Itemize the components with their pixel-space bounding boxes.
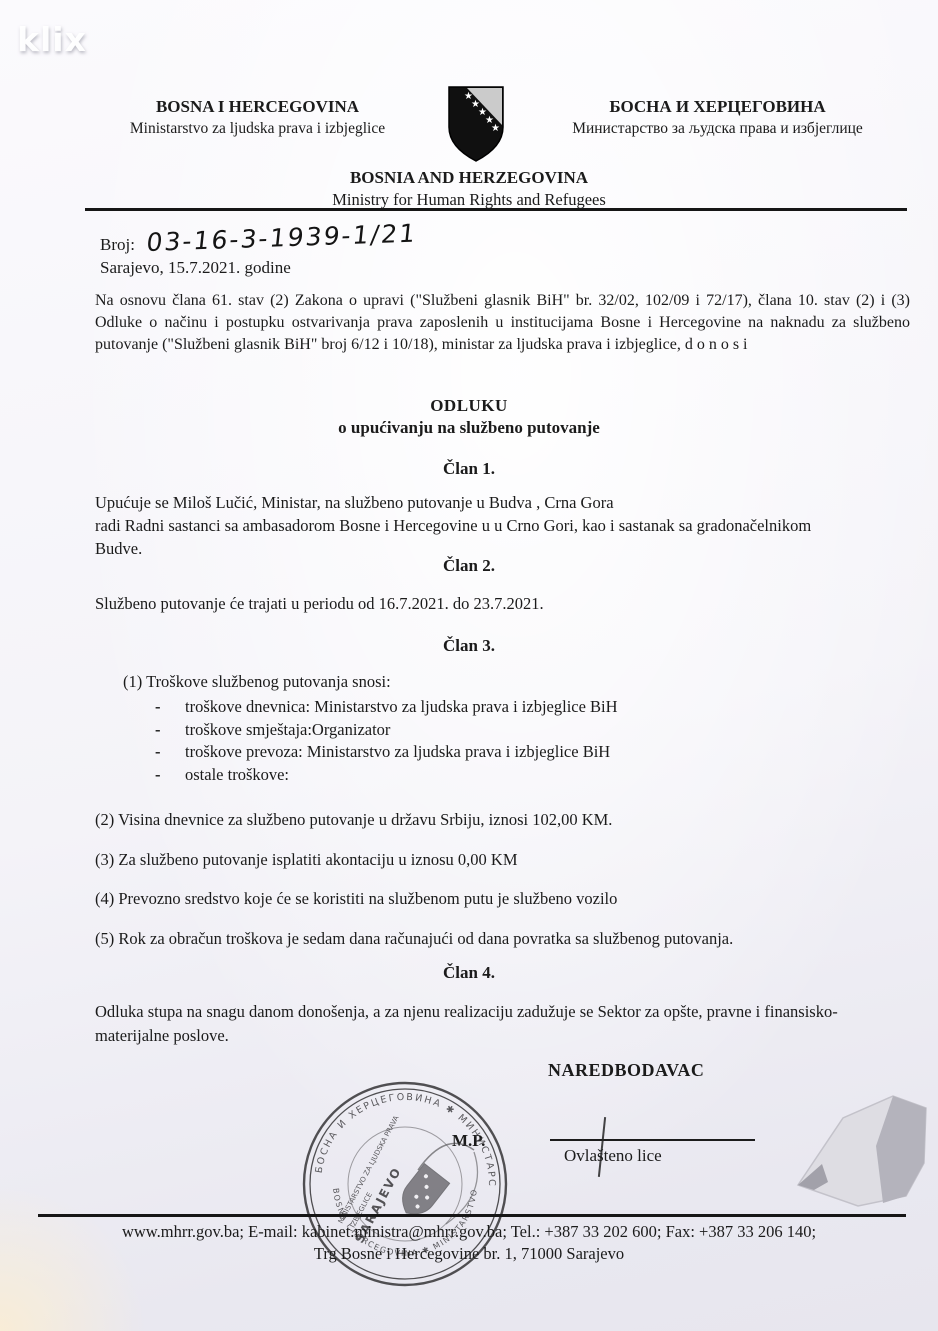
legal-preamble: Na osnovu člana 61. stav (2) Zakona o up… [95,290,910,356]
official-round-stamp: БОСНА И ХЕРЦЕГОВИНА ✱ МИНИСТАРСТВО ЗА ЉУ… [296,1072,514,1304]
svg-text:★: ★ [491,123,500,134]
bih-coat-of-arms-icon: ★ ★ ★ ★ ★ [446,85,506,169]
article-2-heading: Član 2. [0,556,938,576]
bullet-text: ostale troškove: [185,764,289,787]
reference-number-row: Broj: 03-16-3-1939-1/21 [100,228,414,255]
letterhead-english: BOSNIA AND HERZEGOVINA Ministry for Huma… [0,167,938,211]
ministry-name-latin: Ministarstvo za ljudska prava i izbjegli… [105,119,410,140]
bullet-item: - troškove dnevnica: Ministarstvo za lju… [155,696,618,719]
bullet-marker: - [155,719,185,742]
article-3-item-5: (5) Rok za obračun troškova je sedam dan… [95,929,917,949]
article-3-item-3: (3) Za službeno putovanje isplatiti akon… [95,850,917,870]
bullet-item: - troškove smještaja:Organizator [155,719,618,742]
header-divider [85,208,907,211]
bullet-text: troškove prevoza: Ministarstvo za ljudsk… [185,741,610,764]
footer-address-line: Trg Bosne i Hercegovine br. 1, 71000 Sar… [0,1244,938,1264]
signature-line [550,1139,755,1141]
bullet-marker: - [155,741,185,764]
bullet-marker: - [155,696,185,719]
decision-title: ODLUKU [0,396,938,416]
article-3-item-4: (4) Prevozno sredstvo koje će se koristi… [95,889,917,909]
decision-subtitle: o upućivanju na službeno putovanje [0,418,938,438]
country-name-latin: BOSNA I HERCEGOVINA [105,96,410,119]
country-name-cyrillic: БОСНА И ХЕРЦЕГОВИНА [545,96,890,119]
bullet-item: - ostale troškove: [155,764,618,787]
article-3-item-1: (1) Troškove službenog putovanja snosi: [123,672,391,692]
bullet-item: - troškove prevoza: Ministarstvo za ljud… [155,741,618,764]
bullet-marker: - [155,764,185,787]
footer-contact-line: www.mhrr.gov.ba; E-mail: kabinet.ministr… [0,1222,938,1242]
article-4-heading: Član 4. [0,963,938,983]
article-1-heading: Član 1. [0,459,938,479]
signature-label: Ovlašteno lice [564,1146,662,1166]
letterhead-cyrillic: БОСНА И ХЕРЦЕГОВИНА Министарство за људс… [545,96,890,140]
article-2-text: Službeno putovanje će trajati u periodu … [95,594,917,614]
article-1-text: Upućuje se Miloš Lučić, Ministar, na slu… [95,492,917,560]
signatory-title: NAREDBODAVAC [548,1060,704,1081]
reference-number-label: Broj: [100,235,135,255]
bullet-text: troškove smještaja:Organizator [185,719,390,742]
bullet-text: troškove dnevnica: Ministarstvo za ljuds… [185,696,618,719]
place-and-date: Sarajevo, 15.7.2021. godine [100,258,291,278]
article-3-bullet-list: - troškove dnevnica: Ministarstvo za lju… [155,696,618,786]
scan-artifact-arrow [788,1088,938,1213]
article-4-text: Odluka stupa na snagu danom donošenja, a… [95,1000,917,1048]
reference-number-handwritten: 03-16-3-1939-1/21 [145,219,419,257]
footer-divider [38,1214,906,1217]
letterhead-latin: BOSNA I HERCEGOVINA Ministarstvo za ljud… [105,96,410,140]
country-name-english: BOSNIA AND HERZEGOVINA [0,167,938,189]
klix-watermark: klix [17,20,87,59]
article-3-item-2: (2) Visina dnevnice za službeno putovanj… [95,810,917,830]
ministry-name-cyrillic: Министарство за људска права и избјеглиц… [545,119,890,140]
article-3-heading: Član 3. [0,636,938,656]
scanned-document-page: { "colors": {"ink": "#1b1b1b", "paper_li… [0,0,938,1331]
